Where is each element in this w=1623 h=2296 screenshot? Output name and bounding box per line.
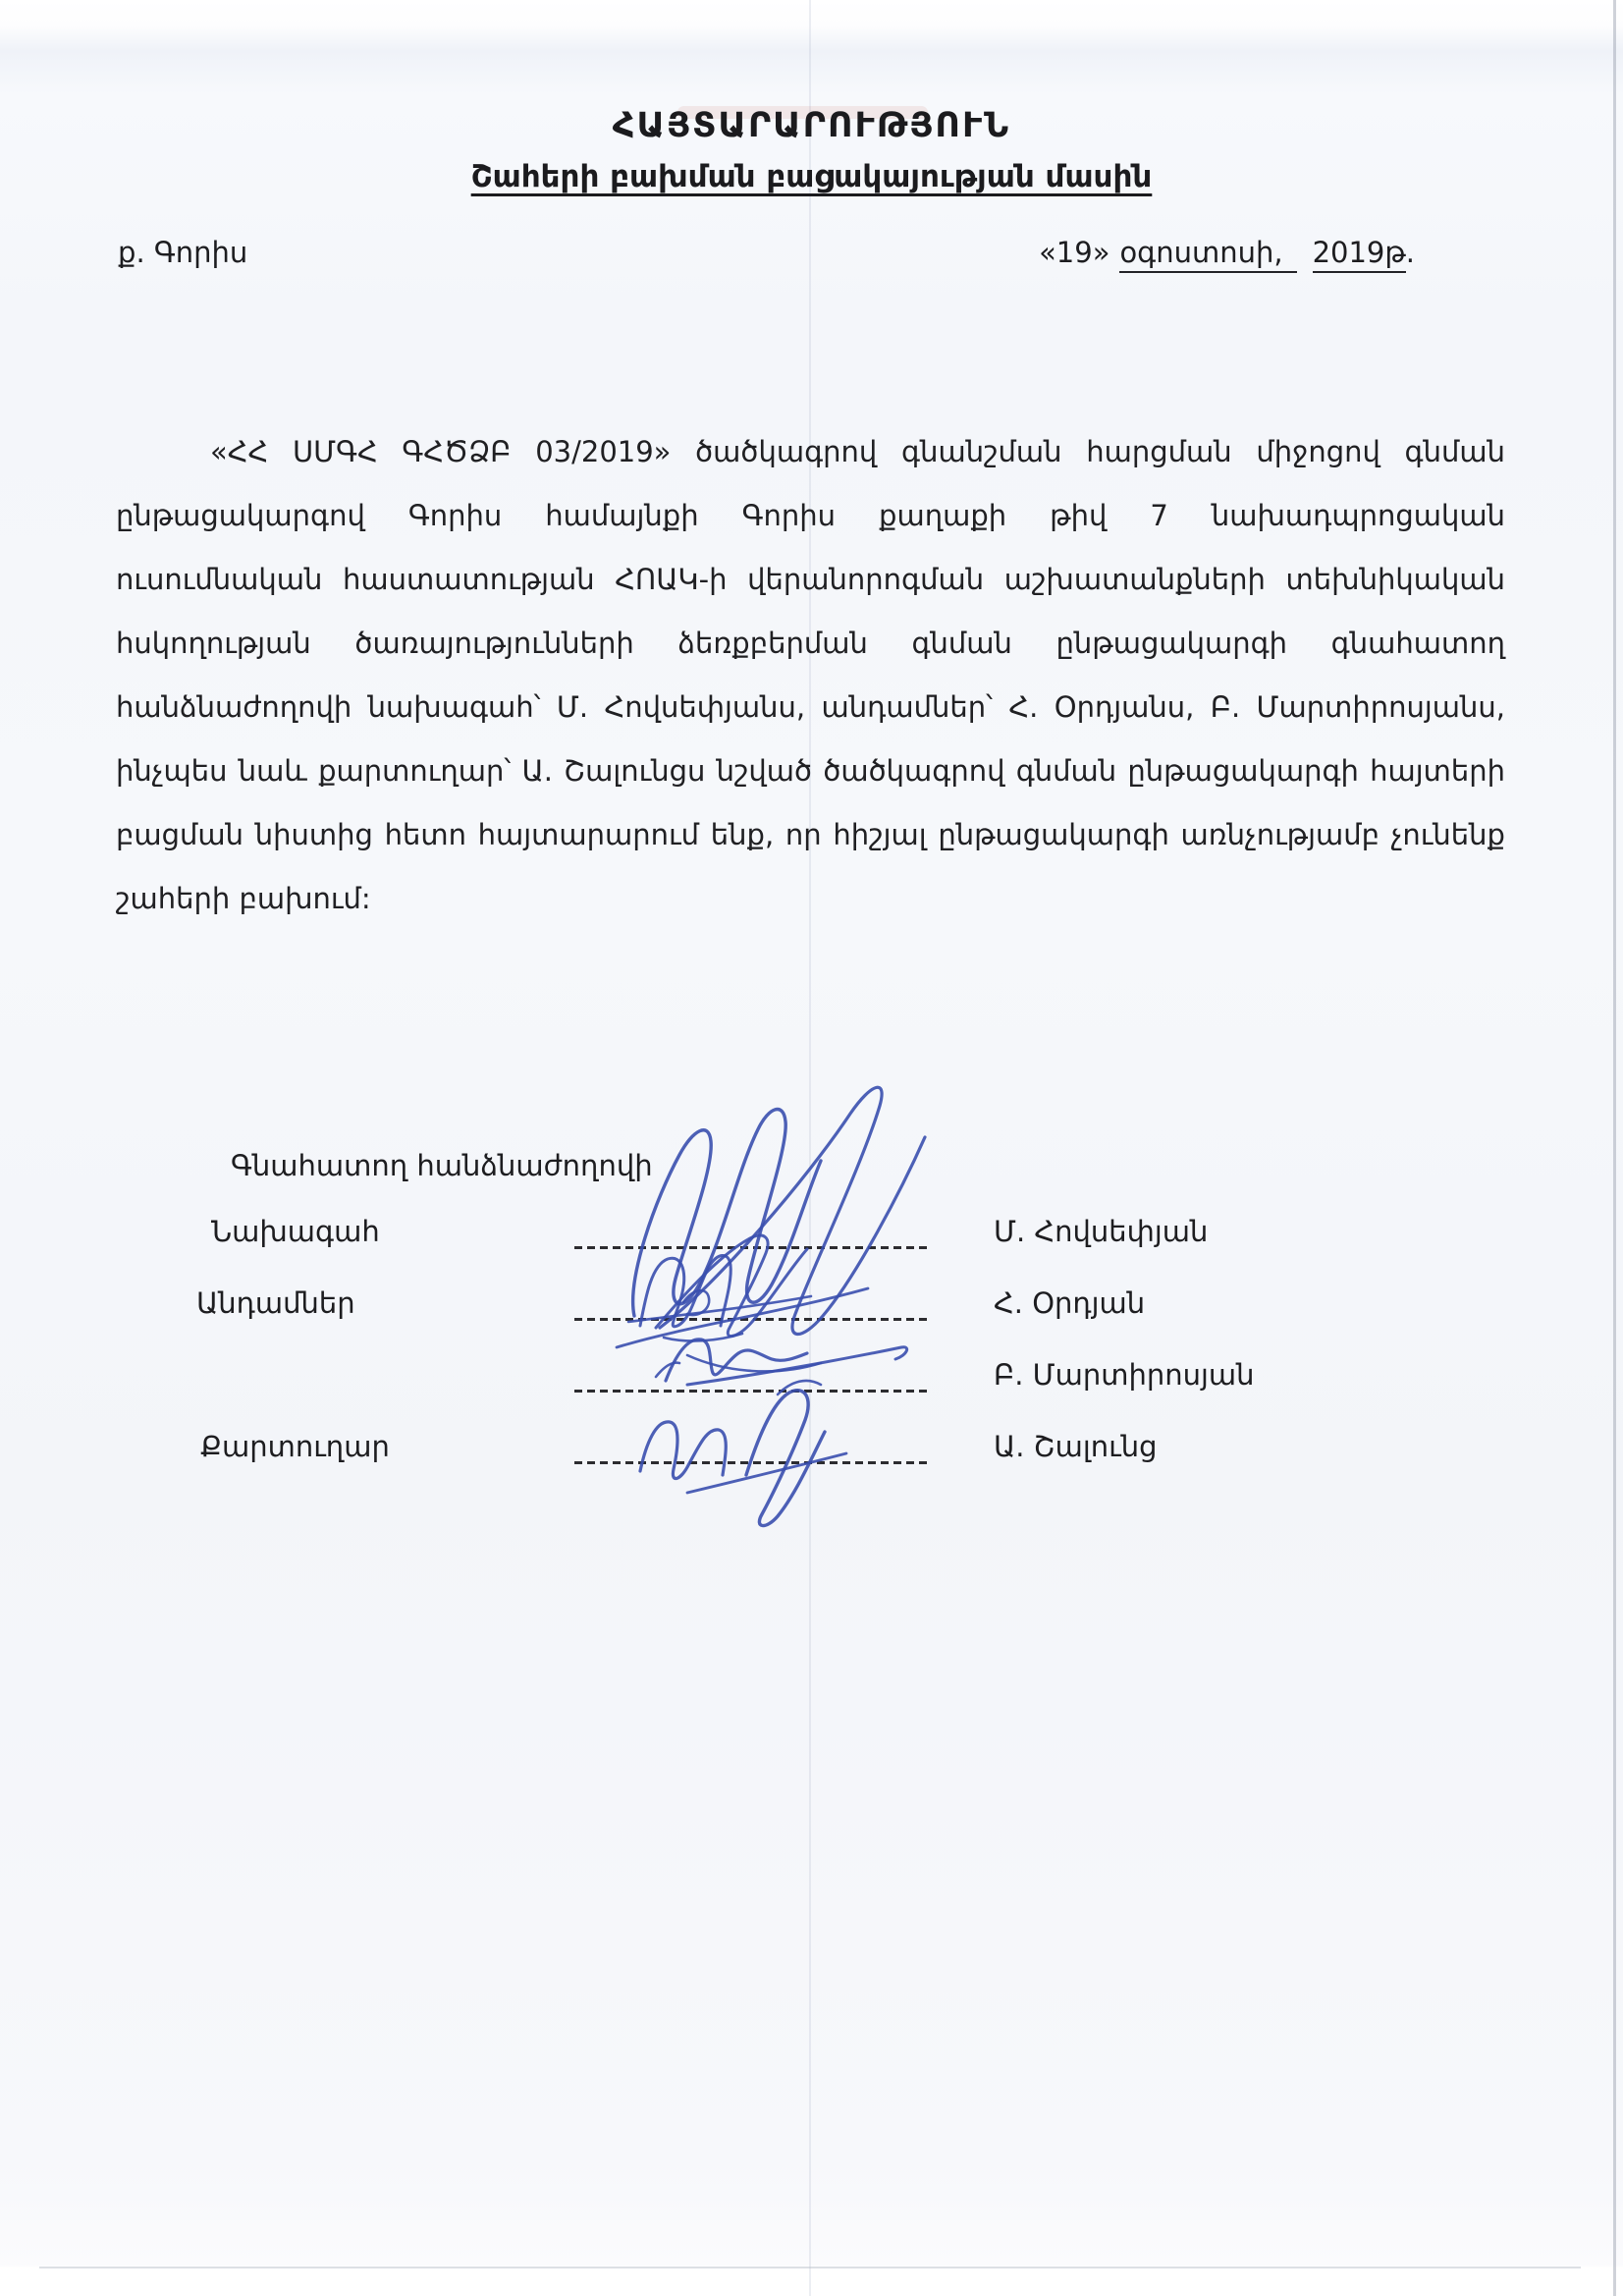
signatory-name: Բ. Մարտիրոսյան [994, 1358, 1255, 1392]
page-fold-line [809, 0, 811, 2296]
scan-edge-bottom [39, 2267, 1581, 2269]
document-title: ՀԱՅՏԱՐԱՐՈՒԹՅՈՒՆ [0, 106, 1623, 145]
date-period: . [1406, 236, 1415, 269]
paragraph-line: ուսումնական հաստատության ՀՈԱԿ-ի վերանորո… [116, 548, 1505, 612]
signature-dash-line [574, 1390, 928, 1393]
document-subtitle: Շահերի բախման բացակայության մասին [0, 159, 1623, 194]
signature-row: Քարտուղար Ա. Շալունց [0, 1430, 1623, 1477]
signature-role-label: Քարտուղար [200, 1430, 390, 1463]
place-label: ք. Գորիս [118, 236, 247, 269]
paragraph-line: հսկողության ծառայությունների ձեռքբերման … [116, 612, 1505, 676]
paragraph-line: «ՀՀ ՍՄԳՀ ԳՀԾՁԲ 03/2019» ծածկագրով գնանշմ… [116, 420, 1505, 484]
date-day: «19» [1039, 236, 1109, 269]
signature-row: Բ. Մարտիրոսյան [0, 1358, 1623, 1405]
paragraph-line: բացման նիստից հետո հայտարարում ենք, որ հ… [116, 803, 1505, 867]
signatory-name: Հ. Օրդյան [994, 1286, 1145, 1320]
scanned-document-page: ՀԱՅՏԱՐԱՐՈՒԹՅՈՒՆ Շահերի բախման բացակայութ… [0, 0, 1623, 2296]
signatory-name: Ա. Շալունց [994, 1430, 1157, 1463]
date-year: 2019թ [1313, 236, 1406, 273]
signature-dash-line [574, 1461, 928, 1464]
date-month: օգոստոսի, [1119, 236, 1296, 273]
paragraph-line: հանձնաժողովի նախագահ՝ Մ. Հովսեփյանս, անդ… [116, 676, 1505, 739]
signature-row: Անդամներ Հ. Օրդյան [0, 1286, 1623, 1334]
scan-edge-right [1613, 0, 1616, 2296]
paragraph-line: ինչպես նաև քարտուղար՝ Ա. Շալունցս նշված … [116, 739, 1505, 803]
paragraph-line: ընթացակարգով Գորիս համայնքի Գորիս քաղաքի… [116, 484, 1505, 548]
signature-dash-line [574, 1318, 928, 1321]
signature-block-heading: Գնահատող հանձնաժողովի [231, 1149, 653, 1182]
signature-row: Նախագահ Մ. Հովսեփյան [0, 1215, 1623, 1262]
signature-role-label: Անդամներ [196, 1286, 355, 1320]
signature-role-label: Նախագահ [211, 1215, 380, 1248]
signature-dash-line [574, 1246, 928, 1249]
declaration-paragraph: «ՀՀ ՍՄԳՀ ԳՀԾՁԲ 03/2019» ծածկագրով գնանշմ… [116, 420, 1505, 931]
date-line: «19»օգոստոսի,2019թ. [1039, 236, 1415, 269]
paragraph-line: շահերի բախում: [116, 867, 1505, 931]
document-header: ՀԱՅՏԱՐԱՐՈՒԹՅՈՒՆ Շահերի բախման բացակայութ… [0, 106, 1623, 194]
signatory-name: Մ. Հովսեփյան [994, 1215, 1208, 1248]
